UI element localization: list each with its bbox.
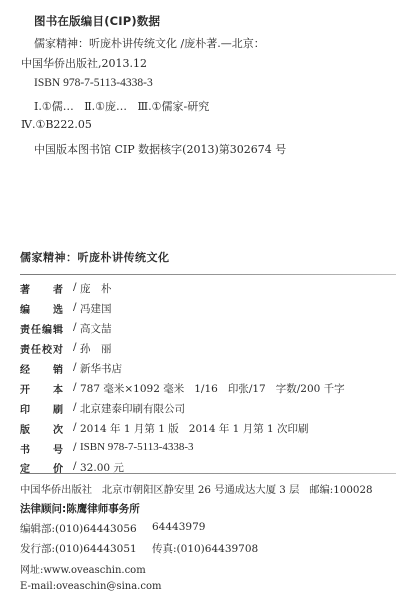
legal-advisor: 法律顾问:陈鹰律师事务所 bbox=[20, 501, 140, 516]
imprint-value: 北京建泰印刷有限公司 bbox=[80, 401, 185, 416]
divider-top bbox=[20, 274, 396, 275]
separator: / bbox=[73, 460, 77, 472]
distribution-dept-phone: 发行部:(010)64443051 bbox=[20, 541, 137, 556]
imprint-row-distributor: 经销 / 新华书店 bbox=[20, 361, 400, 375]
editorial-dept-phone-2: 64443979 bbox=[152, 521, 205, 533]
imprint-value: 2014 年 1 月第 1 版 2014 年 1 月第 1 次印刷 bbox=[80, 421, 309, 436]
imprint-value: ISBN 978-7-5113-4338-3 bbox=[80, 441, 194, 453]
imprint-value: 孙 丽 bbox=[80, 341, 112, 356]
separator: / bbox=[73, 381, 77, 393]
cip-heading: 图书在版编目(CIP)数据 bbox=[34, 13, 160, 29]
separator: / bbox=[73, 281, 77, 293]
separator: / bbox=[73, 401, 77, 413]
cip-classification: Ⅳ.①B222.05 bbox=[21, 118, 92, 131]
separator: / bbox=[73, 321, 77, 333]
divider-bottom bbox=[20, 473, 396, 474]
imprint-value: 787 毫米×1092 毫米 1/16 印张/17 字数/200 千字 bbox=[80, 381, 345, 396]
imprint-row-price: 定价 / 32.00 元 bbox=[20, 460, 400, 474]
email: E-mail:oveaschin@sina.com bbox=[20, 581, 161, 592]
cip-publisher-line: 中国华侨出版社,2013.12 bbox=[21, 55, 147, 71]
imprint-label: 责任校对 bbox=[20, 341, 71, 356]
imprint-value: 高文喆 bbox=[80, 321, 112, 336]
imprint-label: 责任编辑 bbox=[20, 321, 71, 336]
cip-subject-classes: Ⅰ.①儒… Ⅱ.①庞… Ⅲ.①儒家-研究 bbox=[34, 98, 209, 114]
imprint-row-printer: 印刷 / 北京建泰印刷有限公司 bbox=[20, 401, 400, 415]
imprint-row-isbn: 书号 / ISBN 978-7-5113-4338-3 bbox=[20, 441, 400, 455]
fax-number: 传真:(010)64439708 bbox=[152, 541, 258, 556]
cip-title-line: 儒家精神：听庞朴讲传统文化 /庞朴著.—北京： bbox=[34, 35, 265, 51]
separator: / bbox=[73, 441, 77, 453]
imprint-value: 新华书店 bbox=[80, 361, 122, 376]
imprint-row-edition: 版次 / 2014 年 1 月第 1 版 2014 年 1 月第 1 次印刷 bbox=[20, 421, 400, 435]
editorial-dept-phone: 编辑部:(010)64443056 bbox=[20, 521, 137, 536]
publisher-address: 中国华侨出版社 北京市朝阳区静安里 26 号通成达大厦 3 层 邮编:10002… bbox=[20, 481, 373, 496]
imprint-row-selector: 编选 / 冯建国 bbox=[20, 301, 400, 315]
imprint-value: 冯建国 bbox=[80, 301, 112, 316]
book-title: 儒家精神：听庞朴讲传统文化 bbox=[20, 249, 170, 265]
imprint-row-proofreader: 责任校对 / 孙 丽 bbox=[20, 341, 400, 355]
imprint-row-author: 著者 / 庞 朴 bbox=[20, 281, 400, 295]
separator: / bbox=[73, 301, 77, 313]
website: 网址:www.oveaschin.com bbox=[20, 561, 146, 576]
imprint-value: 庞 朴 bbox=[80, 281, 112, 296]
separator: / bbox=[73, 361, 77, 373]
imprint-row-format: 开本 / 787 毫米×1092 毫米 1/16 印张/17 字数/200 千字 bbox=[20, 381, 400, 395]
imprint-row-editor: 责任编辑 / 高文喆 bbox=[20, 321, 400, 335]
cip-isbn: ISBN 978-7-5113-4338-3 bbox=[34, 77, 153, 89]
separator: / bbox=[73, 341, 77, 353]
cip-number: 中国版本图书馆 CIP 数据核字(2013)第302674 号 bbox=[34, 141, 286, 157]
separator: / bbox=[73, 421, 77, 433]
